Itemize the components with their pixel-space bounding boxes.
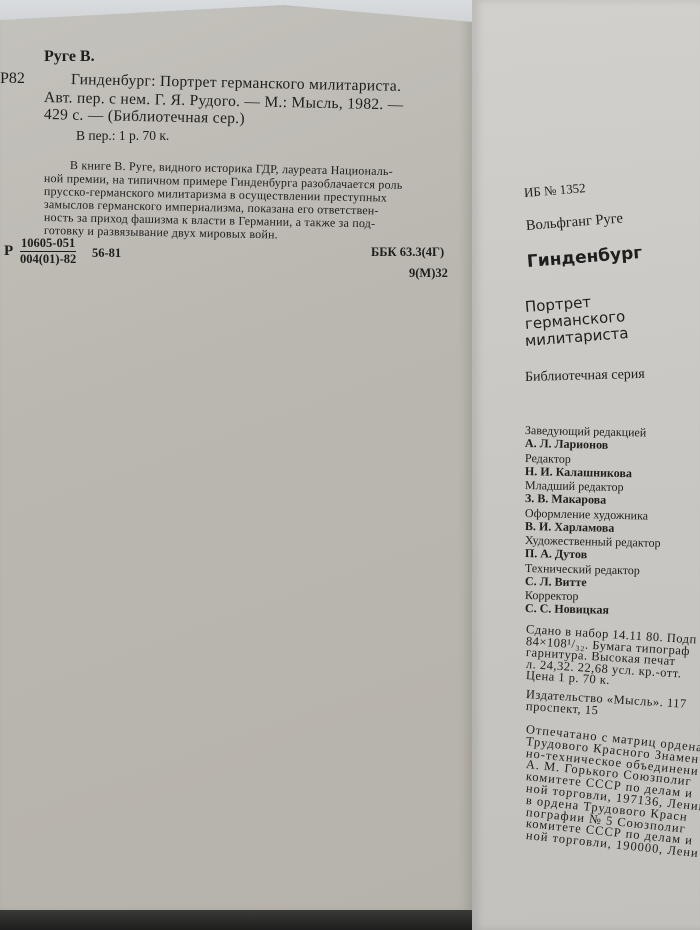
staff-name: П. А. Дутов bbox=[525, 546, 587, 562]
left-page bbox=[0, 0, 473, 914]
page-edge-shadow bbox=[0, 910, 473, 930]
series-name: Библиотечная серия bbox=[525, 367, 645, 386]
bbk-code-2: 9(М)32 bbox=[409, 266, 448, 281]
index-numerator: 10605-051 bbox=[20, 236, 76, 252]
catalog-author: Руге В. bbox=[44, 48, 95, 66]
index-suffix: 56-81 bbox=[92, 246, 121, 261]
catalog-price: В пер.: 1 р. 70 к. bbox=[76, 128, 169, 144]
shelf-code: Р82 bbox=[0, 70, 25, 88]
bbk-code: ББК 63.3(4Г) bbox=[371, 245, 444, 260]
index-prefix: Р bbox=[4, 243, 13, 260]
staff-name: А. Л. Ларионов bbox=[525, 436, 609, 453]
staff-name: С. С. Новицкая bbox=[525, 601, 609, 618]
index-denominator: 004(01)-82 bbox=[20, 252, 76, 267]
staff-name: З. В. Макарова bbox=[525, 491, 607, 508]
index-fraction: 10605-051 004(01)-82 bbox=[20, 236, 76, 267]
